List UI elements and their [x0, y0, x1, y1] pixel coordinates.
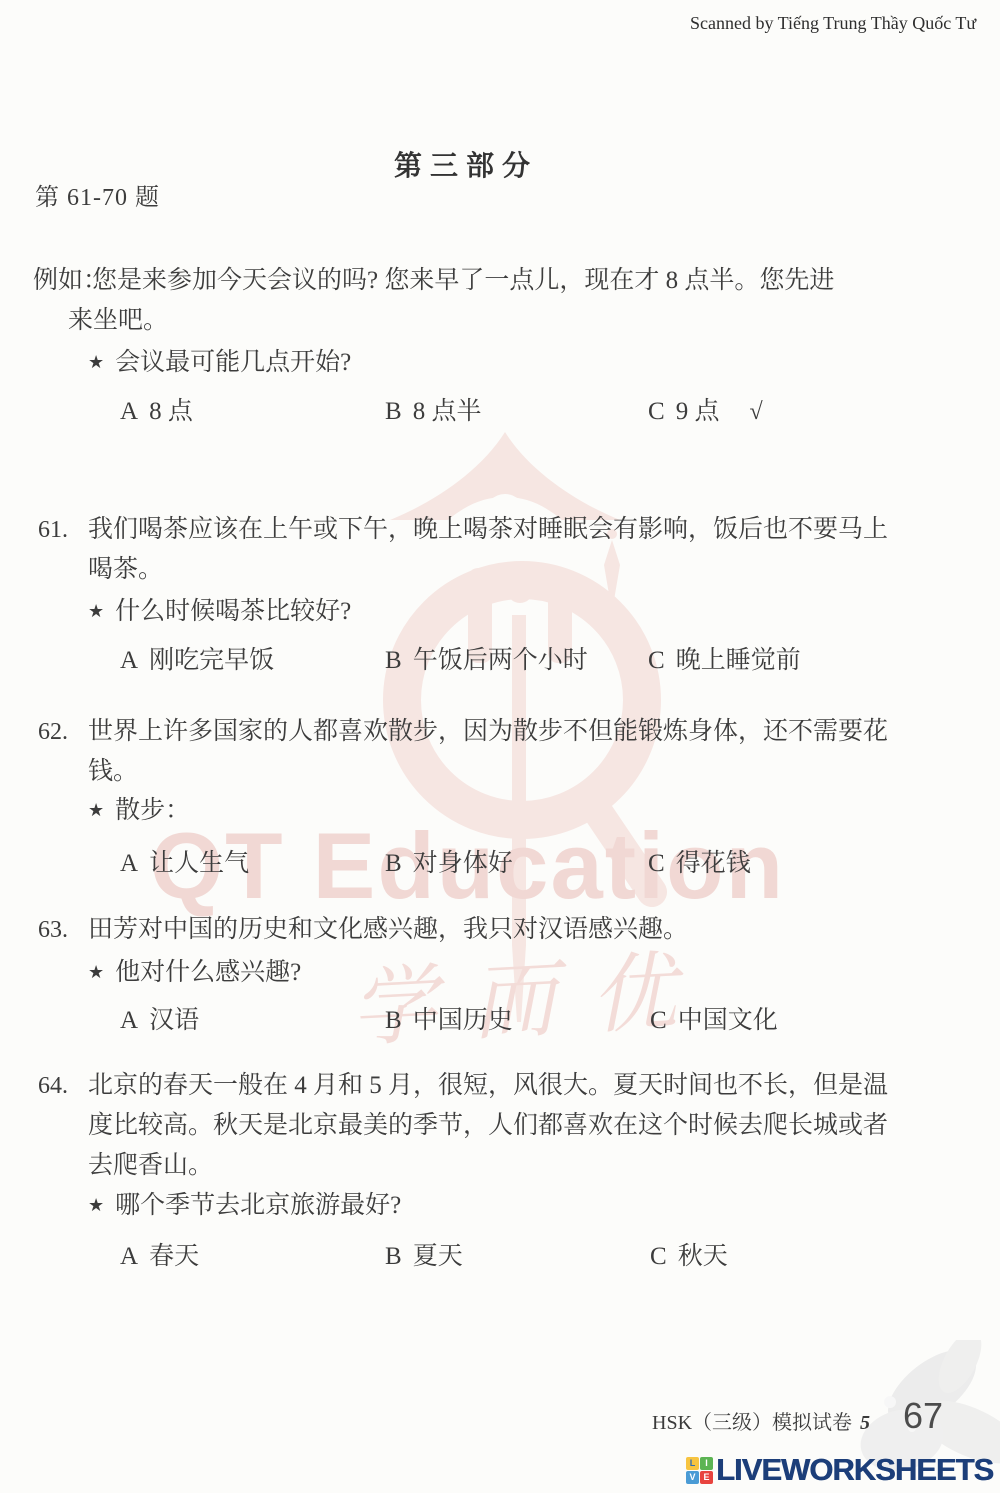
question-62-options: A让人生气 B对身体好 C得花钱 [0, 843, 1000, 877]
checkmark-icon: √ [749, 399, 762, 425]
star-icon: ★ [88, 352, 104, 372]
star-icon: ★ [88, 1195, 104, 1215]
question-number: 64. [38, 1073, 68, 1100]
logo-tile-e: E [700, 1471, 713, 1484]
example-passage-line: 您是来参加今天会议的吗? 您来早了一点儿，现在才 8 点半。您先进 [92, 266, 834, 296]
book-title: HSK（三级）模拟试卷5 [652, 1406, 870, 1435]
question-63-options: A汉语 B中国历史 C中国文化 [0, 1000, 1000, 1034]
logo-tile-i: I [700, 1457, 713, 1470]
option-c[interactable]: C晚上睡觉前 [648, 640, 801, 676]
passage-line: 钱。 [88, 757, 138, 787]
star-icon: ★ [88, 800, 104, 820]
question-number: 63. [38, 917, 68, 944]
liveworksheets-icon: L I V E [686, 1457, 713, 1484]
logo-tile-v: V [686, 1471, 699, 1484]
liveworksheets-logo[interactable]: L I V E LIVEWORKSHEETS [686, 1452, 993, 1488]
passage-line: 田芳对中国的历史和文化感兴趣，我只对汉语感兴趣。 [88, 915, 688, 945]
option-a[interactable]: A刚吃完早饭 [120, 640, 274, 676]
liveworksheets-wordmark: LIVEWORKSHEETS [716, 1452, 993, 1488]
section-title: 第三部分 [394, 144, 538, 184]
question-64-prompt: ★哪个季节去北京旅游最好? [88, 1191, 401, 1221]
passage-line: 北京的春天一般在 4 月和 5 月，很短，风很大。夏天时间也不长，但是温 [88, 1071, 888, 1101]
option-b[interactable]: B午饭后两个小时 [385, 640, 588, 676]
option-a[interactable]: A春天 [120, 1236, 199, 1272]
question-63-prompt: ★他对什么感兴趣? [88, 958, 301, 988]
page-number: 67 [903, 1395, 943, 1437]
passage-line: 我们喝茶应该在上午或下午，晚上喝茶对睡眠会有影响，饭后也不要马上 [88, 515, 888, 545]
option-b[interactable]: B8 点半 [385, 391, 481, 427]
option-b[interactable]: B夏天 [385, 1236, 463, 1272]
option-b[interactable]: B中国历史 [385, 1000, 513, 1036]
star-icon: ★ [88, 601, 104, 621]
question-61-prompt: ★什么时候喝茶比较好? [88, 597, 351, 627]
passage-line: 世界上许多国家的人都喜欢散步，因为散步不但能锻炼身体，还不需要花 [88, 717, 888, 747]
option-a[interactable]: A汉语 [120, 1000, 199, 1036]
passage-line: 度比较高。秋天是北京最美的季节，人们都喜欢在这个时候去爬长城或者 [88, 1111, 888, 1141]
example-question: ★会议最可能几点开始? [88, 348, 351, 378]
option-a[interactable]: A让人生气 [120, 843, 249, 879]
passage-line: 去爬香山。 [88, 1151, 213, 1181]
question-61-options: A刚吃完早饭 B午饭后两个小时 C晚上睡觉前 [0, 640, 1000, 674]
question-64-options: A春天 B夏天 C秋天 [0, 1236, 1000, 1270]
scan-credit: Scanned by Tiếng Trung Thầy Quốc Tư [690, 13, 976, 34]
option-c[interactable]: C得花钱 [648, 843, 751, 879]
logo-tile-l: L [686, 1457, 699, 1470]
option-c[interactable]: C9 点√ [648, 391, 763, 427]
option-c[interactable]: C秋天 [650, 1236, 728, 1272]
question-number: 62. [38, 719, 68, 746]
scanned-exam-page: QT Education 学而优 Scanned by Tiếng Trung … [0, 0, 1000, 1493]
option-c[interactable]: C中国文化 [650, 1000, 778, 1036]
example-passage-line: 来坐吧。 [68, 306, 168, 336]
question-62-prompt: ★散步： [88, 796, 190, 826]
option-b[interactable]: B对身体好 [385, 843, 513, 879]
question-range-label: 第 61-70 题 [35, 177, 160, 212]
example-options: A8 点 B8 点半 C9 点√ [0, 391, 1000, 425]
passage-line: 喝茶。 [88, 555, 163, 585]
question-number: 61. [38, 517, 68, 544]
book-number: 5 [860, 1412, 870, 1434]
star-icon: ★ [88, 962, 104, 982]
option-a[interactable]: A8 点 [120, 391, 193, 427]
